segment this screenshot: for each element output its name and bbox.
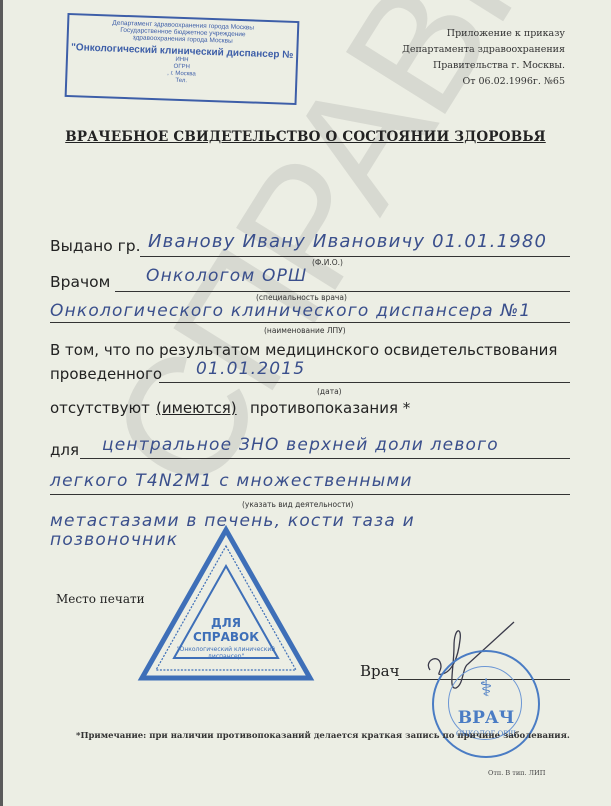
triangle-stamp-org: "Онкологический клинический [136, 646, 316, 653]
triangle-stamp-word-1: ДЛЯ [136, 616, 316, 630]
doctor-value: Онкологом ОРШ [146, 266, 307, 286]
document-title: ВРАЧЕБНОЕ СВИДЕТЕЛЬСТВО О СОСТОЯНИИ ЗДОР… [0, 129, 611, 145]
seal-place-label: Место печати [56, 592, 145, 606]
issued-value: Иванову Ивану Ивановичу 01.01.1980 [148, 231, 547, 252]
appendix-line: Департамента здравоохранения [402, 42, 565, 58]
triangle-stamp-org-2: диспансер" [136, 653, 316, 660]
round-stamp-word: ВРАЧ [434, 708, 538, 728]
for-line-2 [50, 494, 570, 495]
facility-line [50, 322, 570, 323]
doctor-sign-label: Врач [360, 662, 400, 680]
conducted-hint: (дата) [317, 387, 342, 396]
caduceus-icon: ⚕ [434, 674, 538, 702]
doctor-round-stamp: ⚕ ВРАЧ ОНКОЛОГ ОРШ [432, 650, 540, 758]
issued-hint: (Ф.И.О.) [312, 258, 343, 267]
appendix-line: От 06.02.1996г. №65 [402, 74, 565, 90]
appendix-line: Приложение к приказу [402, 26, 565, 42]
for-label: для [50, 441, 79, 459]
present-label: (имеются) [156, 399, 237, 417]
certificate-page: СПРАВКИ Департамент здравоохранения горо… [0, 0, 611, 806]
facility-value: Онкологического клинического диспансера … [50, 301, 531, 321]
facility-hint: (наименование ЛПУ) [264, 326, 346, 335]
conducted-label: проведенного [50, 365, 162, 383]
page-edge [0, 0, 3, 806]
appendix-note: Приложение к приказу Департамента здраво… [402, 26, 565, 90]
print-footer: Отп. В тип. ЛИП [488, 769, 545, 777]
result-text: В том, что по результатом медицинского о… [50, 341, 557, 359]
absent-label: отсутствуют [50, 399, 150, 417]
conducted-date-value: 01.01.2015 [196, 359, 305, 379]
triangle-stamp-word-2: СПРАВОК [136, 630, 316, 644]
issued-line [140, 256, 570, 257]
contraindications-label: противопоказания * [250, 399, 410, 417]
for-line-1 [80, 458, 570, 459]
for-value-1: центральное ЗНО верхней доли левого [102, 435, 499, 455]
for-value-2: легкого T4N2M1 с множественными [50, 471, 413, 491]
footnote: *Примечание: при наличии противопоказани… [76, 731, 570, 741]
doctor-label: Врачом [50, 273, 110, 291]
issued-label: Выдано гр. [50, 237, 141, 255]
institution-stamp: Департамент здравоохранения города Москв… [65, 13, 300, 105]
appendix-line: Правительства г. Москвы. [402, 58, 565, 74]
conducted-line [159, 382, 570, 383]
for-hint: (указать вид деятельности) [242, 500, 353, 509]
triangle-stamp: ДЛЯ СПРАВОК "Онкологический клинический … [136, 524, 316, 684]
doctor-line [115, 291, 570, 292]
